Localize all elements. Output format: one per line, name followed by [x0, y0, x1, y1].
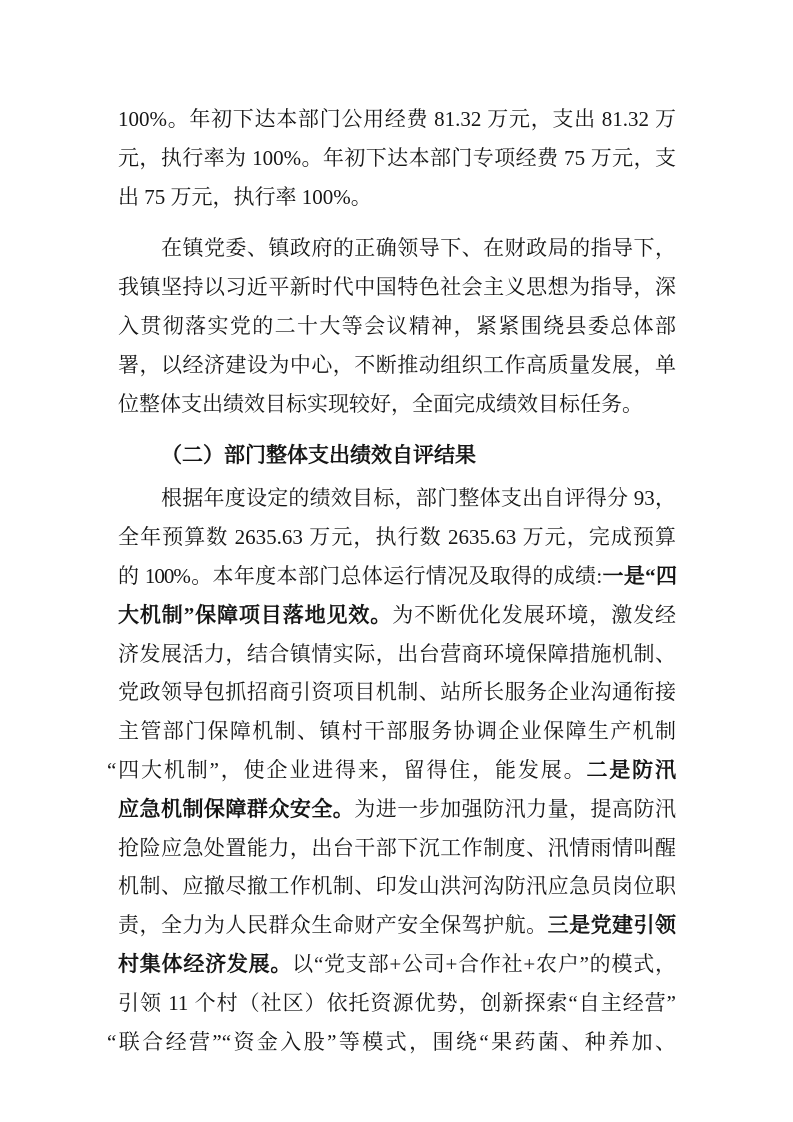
text-run: 署，以经济建设为中心，不断推动组织工作高质量发展，单: [118, 353, 676, 377]
text-line: 根据年度设定的绩效目标，部门整体支出自评得分 93，: [118, 479, 676, 518]
bold-text-run: 二是防汛: [586, 758, 676, 782]
text-run: 机制、应撤尽撤工作机制、印发山洪河沟防汛应急员岗位职: [118, 874, 676, 898]
text-line: 出 75 万元，执行率 100%。: [118, 178, 676, 217]
text-run: 100%。年初下达本部门公用经费 81.32 万元，支出 81.32 万: [118, 107, 676, 131]
text-run: 我镇坚持以习近平新时代中国特色社会主义思想为指导，深: [118, 275, 676, 299]
text-line: 济发展活力，结合镇情实际，出台营商环境保障措施机制、: [118, 635, 676, 674]
text-line: 我镇坚持以习近平新时代中国特色社会主义思想为指导，深: [118, 268, 676, 307]
text-line: “四大机制”，使企业进得来，留得住，能发展。二是防汛: [118, 751, 676, 790]
bold-text-run: 村集体经济发展。: [118, 952, 292, 976]
paragraph: 在镇党委、镇政府的正确领导下、在财政局的指导下，我镇坚持以习近平新时代中国特色社…: [118, 229, 676, 423]
text-line: 位整体支出绩效目标实现较好，全面完成绩效目标任务。: [118, 385, 676, 424]
text-line: 机制、应撤尽撤工作机制、印发山洪河沟防汛应急员岗位职: [118, 867, 676, 906]
paragraph: 100%。年初下达本部门公用经费 81.32 万元，支出 81.32 万元，执行…: [118, 100, 676, 216]
text-run: 责，全力为人民群众生命财产安全保驾护航。: [118, 913, 548, 937]
text-run: 的 100%。本年度本部门总体运行情况及取得的成绩:: [118, 564, 601, 588]
text-line: 应急机制保障群众安全。为进一步加强防汛力量，提高防汛: [118, 790, 676, 829]
paragraph: 根据年度设定的绩效目标，部门整体支出自评得分 93，全年预算数 2635.63 …: [118, 479, 676, 1061]
text-run: 党政领导包抓招商引资项目机制、站所长服务企业沟通衔接: [118, 680, 676, 704]
text-run: 以“党支部+公司+合作社+农户”的模式，: [292, 952, 676, 976]
text-line: 在镇党委、镇政府的正确领导下、在财政局的指导下，: [118, 229, 676, 268]
text-line: 入贯彻落实党的二十大等会议精神，紧紧围绕县委总体部: [118, 307, 676, 346]
text-run: 为进一步加强防汛力量，提高防汛: [354, 797, 676, 821]
text-run: 位整体支出绩效目标实现较好，全面完成绩效目标任务。: [118, 392, 643, 416]
document-content: 100%。年初下达本部门公用经费 81.32 万元，支出 81.32 万元，执行…: [0, 0, 793, 1061]
text-run: 抢险应急处置能力，出台干部下沉工作制度、汛情雨情叫醒: [118, 836, 676, 860]
text-line: （二）部门整体支出绩效自评结果: [118, 431, 676, 479]
text-line: 元，执行率为 100%。年初下达本部门专项经费 75 万元，支: [118, 139, 676, 178]
text-line: 主管部门保障机制、镇村干部服务协调企业保障生产机制: [118, 712, 676, 751]
text-run: 为不断优化发展环境，激发经: [392, 603, 676, 627]
text-line: 引领 11 个村（社区）依托资源优势，创新探索“自主经营”: [118, 984, 676, 1023]
text-run: “四大机制”，使企业进得来，留得住，能发展。: [107, 758, 586, 782]
text-run: 入贯彻落实党的二十大等会议精神，紧紧围绕县委总体部: [118, 314, 676, 338]
text-run: 元，执行率为 100%。年初下达本部门专项经费 75 万元，支: [118, 146, 676, 170]
section-heading: （二）部门整体支出绩效自评结果: [118, 431, 676, 479]
text-line: 村集体经济发展。以“党支部+公司+合作社+农户”的模式，: [118, 945, 676, 984]
text-line: 的 100%。本年度本部门总体运行情况及取得的成绩:一是“四: [118, 557, 676, 596]
text-run: 出 75 万元，执行率 100%。: [118, 185, 372, 209]
bold-text-run: （二）部门整体支出绩效自评结果: [161, 443, 476, 467]
bold-text-run: 应急机制保障群众安全。: [118, 797, 354, 821]
text-run: 全年预算数 2635.63 万元，执行数 2635.63 万元，完成预算: [118, 525, 676, 549]
text-run: 济发展活力，结合镇情实际，出台营商环境保障措施机制、: [118, 642, 676, 666]
document-page: 100%。年初下达本部门公用经费 81.32 万元，支出 81.32 万元，执行…: [0, 0, 793, 1122]
text-run: “联合经营”“资金入股”等模式，围绕“果药菌、种养加、: [107, 1030, 676, 1054]
text-line: 署，以经济建设为中心，不断推动组织工作高质量发展，单: [118, 346, 676, 385]
bold-text-run: 大机制”保障项目落地见效。: [118, 603, 392, 627]
text-line: 抢险应急处置能力，出台干部下沉工作制度、汛情雨情叫醒: [118, 829, 676, 868]
text-line: 全年预算数 2635.63 万元，执行数 2635.63 万元，完成预算: [118, 518, 676, 557]
text-run: 引领 11 个村（社区）依托资源优势，创新探索“自主经营”: [118, 991, 676, 1015]
text-line: 党政领导包抓招商引资项目机制、站所长服务企业沟通衔接: [118, 673, 676, 712]
text-line: 责，全力为人民群众生命财产安全保驾护航。三是党建引领: [118, 906, 676, 945]
text-run: 根据年度设定的绩效目标，部门整体支出自评得分 93，: [161, 486, 676, 510]
text-run: 主管部门保障机制、镇村干部服务协调企业保障生产机制: [118, 719, 676, 743]
text-line: 大机制”保障项目落地见效。为不断优化发展环境，激发经: [118, 596, 676, 635]
text-line: 100%。年初下达本部门公用经费 81.32 万元，支出 81.32 万: [118, 100, 676, 139]
bold-text-run: 三是党建引领: [548, 913, 676, 937]
text-run: 在镇党委、镇政府的正确领导下、在财政局的指导下，: [161, 236, 676, 260]
bold-text-run: 一是“四: [601, 564, 676, 588]
text-line: “联合经营”“资金入股”等模式，围绕“果药菌、种养加、: [118, 1023, 676, 1062]
